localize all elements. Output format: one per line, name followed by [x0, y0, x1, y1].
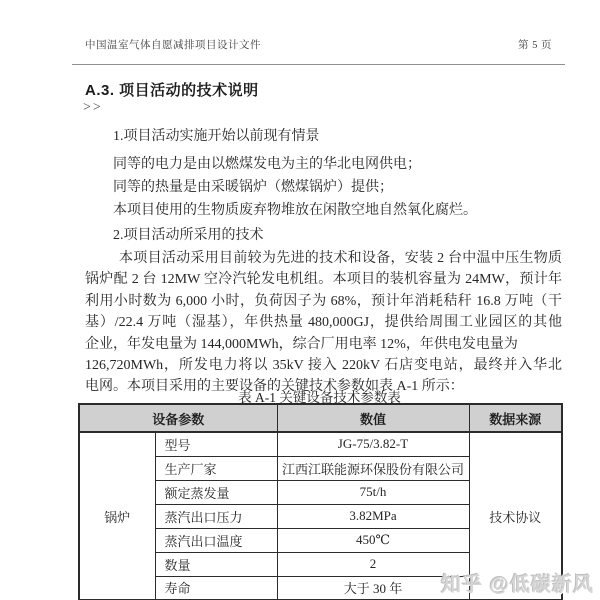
list-item-2-title: 2.项目活动所采用的技术	[85, 224, 562, 244]
param-value-cell: 75t/h	[277, 480, 469, 504]
paragraph-line: 基）/22.4 万吨（湿基），年供热量 480,000GJ，提供给周围工业园区的…	[85, 312, 562, 333]
param-name-cell: 型号	[155, 432, 277, 456]
param-name-cell: 蒸汽出口温度	[155, 528, 277, 552]
paragraph-line: 本项目活动采用目前较为先进的技术和设备，安装 2 台中温中压生物质	[85, 248, 562, 269]
doc-title: 中国温室气体自愿减排项目设计文件	[85, 37, 261, 52]
param-value-cell: 江西江联能源环保股份有限公司	[277, 456, 469, 480]
column-header-source: 数据来源	[469, 404, 562, 432]
table-row: 锅炉 型号 JG-75/3.82-T 技术协议	[79, 432, 562, 456]
param-value-cell: 3.82MPa	[277, 504, 469, 528]
paragraph-line: 企业，年发电量为 144,000MWh，综合厂用电率 12%，年供电发电量为	[85, 334, 562, 355]
scenario-line-power: 同等的电力是由以燃煤发电为主的华北电网供电；	[85, 153, 562, 173]
section-heading: A.3. 项目活动的技术说明	[85, 79, 259, 100]
page-number: 第 5 页	[518, 37, 552, 52]
param-value-cell: 450℃	[277, 528, 469, 552]
table-header-row: 设备参数 数值 数据来源	[79, 404, 562, 432]
scenario-line-heat: 同等的热量是由采暖锅炉（燃煤锅炉）提供；	[85, 176, 562, 196]
column-header-parameter: 设备参数	[79, 404, 277, 432]
equipment-category-cell: 锅炉	[79, 432, 155, 600]
header-divider	[72, 64, 565, 65]
paragraph-line: 利用小时数为 6,000 小时，负荷因子为 68%，预计年消耗秸秆 16.8 万…	[85, 291, 562, 312]
param-name-cell: 生产厂家	[155, 456, 277, 480]
document-page: 中国温室气体自愿减排项目设计文件 第 5 页 A.3. 项目活动的技术说明 >>…	[0, 0, 600, 600]
scenario-line-biomass: 本项目使用的生物质废弃物堆放在闲散空地自然氧化腐烂。	[85, 199, 562, 219]
paragraph-line: 126,720MWh，所发电力将以 35kV 接入 220kV 石店变电站，最终…	[85, 355, 562, 376]
page-header: 中国温室气体自愿减排项目设计文件 第 5 页	[85, 37, 552, 52]
quote-marker: >>	[83, 100, 103, 116]
param-name-cell: 蒸汽出口压力	[155, 504, 277, 528]
param-value-cell: JG-75/3.82-T	[277, 432, 469, 456]
column-header-value: 数值	[277, 404, 469, 432]
param-name-cell: 数量	[155, 552, 277, 576]
param-name-cell: 寿命	[155, 576, 277, 600]
technology-paragraph: 本项目活动采用目前较为先进的技术和设备，安装 2 台中温中压生物质 锅炉配 2 …	[85, 248, 562, 398]
list-item-1-title: 1.项目活动实施开始以前现有情景	[85, 125, 562, 145]
zhihu-watermark: 知乎 @低碳新风	[441, 568, 594, 597]
param-name-cell: 额定蒸发量	[155, 480, 277, 504]
paragraph-line: 锅炉配 2 台 12MW 空冷汽轮发电机组。本项目的装机容量为 24MW，预计年	[85, 269, 562, 290]
